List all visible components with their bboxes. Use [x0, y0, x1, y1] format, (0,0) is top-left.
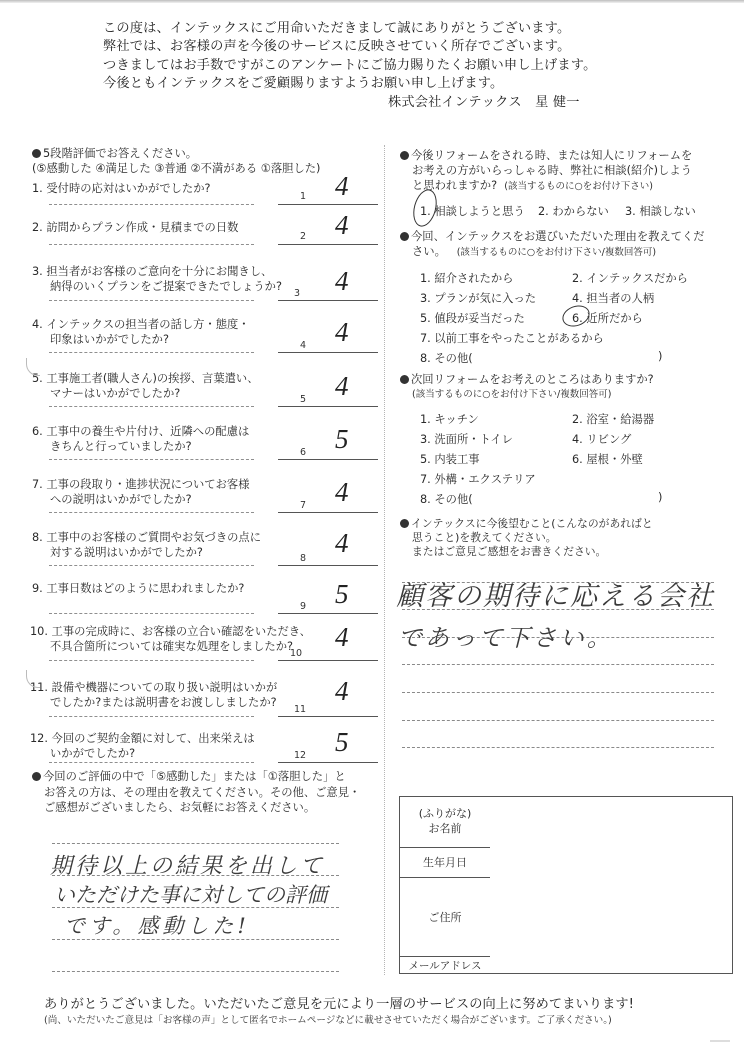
scan-artifact	[26, 670, 40, 688]
birthdate-field-label: 生年月日	[400, 848, 490, 878]
question-9: 9. 工事日数はどのように思われましたか? 9 5	[32, 581, 378, 596]
handwritten-comment: です。感動した!	[64, 910, 250, 940]
answer-line[interactable]	[278, 565, 378, 566]
answer-line[interactable]	[278, 512, 378, 513]
question-3: 3. 担当者がお客様のご意向を十分にお聞きし、 納得のいくプランをご提案できたで…	[32, 264, 378, 294]
intro-line: この度は、インテックスにご用命いただきまして誠にありがとうございます。	[103, 20, 663, 38]
answer-line[interactable]	[278, 762, 378, 763]
question-10: 10. 工事の完成時に、お客様の立合い確認をいただき、 不具合箇所については確実…	[32, 624, 378, 654]
answer-value: 4	[335, 371, 349, 402]
intro-line: つきましてはお手数ですがこのアンケートにご協力賜りたくお願い申し上げます。	[103, 57, 663, 75]
bullet-icon	[32, 149, 41, 158]
answer-value: 4	[335, 171, 349, 202]
answer-value: 5	[335, 727, 349, 758]
reform-option-6[interactable]: 6. 屋根・外壁	[572, 451, 643, 467]
answer-line[interactable]	[278, 406, 378, 407]
reform-option-1[interactable]: 1. キッチン	[420, 411, 479, 427]
answer-value: 4	[335, 317, 349, 348]
answer-line[interactable]	[278, 204, 378, 205]
question-11: 11. 設備や機器についての取り扱い説明はいかが でしたか?または説明書をお渡し…	[32, 680, 378, 710]
answer-value: 4	[335, 528, 349, 559]
reform-option-2[interactable]: 2. 浴室・給湯器	[572, 411, 654, 427]
reform-option-7[interactable]: 7. 外構・エクステリア	[420, 471, 536, 487]
question-7: 7. 工事の段取り・進捗状況についてお客様 への説明はいかがでしたか? 7 4	[32, 477, 378, 507]
bullet-icon	[400, 151, 409, 160]
answer-line[interactable]	[278, 613, 378, 614]
signature: 株式会社インテックス 星 健一	[103, 94, 663, 112]
reason-choice-section: 今回、インテックスをお選びいただいた理由を教えてくだ さい。 (該当するものに○…	[400, 229, 730, 260]
handwritten-comment: いただけた事に対しての評価	[54, 879, 327, 909]
question-8: 8. 工事中のお客様のご質問やお気づきの点に 対する説明はいかがでしたか? 8 …	[32, 530, 378, 560]
answer-value: 4	[335, 622, 349, 653]
name-field-label: (ふりがな) お名前	[400, 797, 490, 848]
reason-option-1[interactable]: 1. 紹介されたから	[420, 270, 513, 286]
reform-option-5[interactable]: 5. 内装工事	[420, 451, 480, 467]
personal-info-input-area[interactable]	[492, 799, 730, 971]
question-12: 12. 今回のご契約金額に対して、出来栄えは いかがでしたか? 12 5	[32, 731, 378, 761]
reform-option-4[interactable]: 4. リビング	[572, 431, 631, 447]
consult-option-2[interactable]: 2. わからない	[538, 203, 609, 219]
scan-artifact	[26, 358, 40, 376]
question-6: 6. 工事中の養生や片付け、近隣への配慮は きちんと行っていましたか? 6 5	[32, 424, 378, 454]
question-2: 2. 訪問からプラン作成・見積までの日数 2 4	[32, 220, 378, 235]
question-4: 4. インテックスの担当者の話し方・態度・ 印象はいかがでしたか? 4 4	[32, 317, 378, 347]
thanks-message: ありがとうございました。いただいたご意見を元により一層のサービスの向上に努めてま…	[44, 996, 724, 1014]
consult-option-3[interactable]: 3. 相談しない	[625, 203, 696, 219]
bullet-icon	[32, 772, 41, 781]
footer: ありがとうございました。いただいたご意見を元により一層のサービスの向上に努めてま…	[44, 996, 724, 1027]
intro-line: 弊社では、お客様の声を今後のサービスに反映させていく所存でございます。	[103, 38, 663, 56]
answer-value: 5	[335, 579, 349, 610]
answer-line[interactable]	[278, 716, 378, 717]
scan-artifact	[710, 1040, 730, 1042]
rating-heading: 5段階評価でお答えください。	[32, 146, 378, 161]
answer-value: 5	[335, 424, 349, 455]
handwritten-comment: であって下さい。	[398, 618, 614, 653]
answer-line[interactable]	[278, 660, 378, 661]
privacy-note: (尚、いただいたご意見は「お客様の声」として匿名でホームページなどに載せさせてい…	[44, 1014, 724, 1027]
next-reform-section: 次回リフォームをお考えのところはありますか? (該当するものに○をお付け下さい/…	[400, 372, 730, 402]
reason-option-2[interactable]: 2. インテックスだから	[572, 270, 688, 286]
answer-line[interactable]	[278, 300, 378, 301]
intro-message: この度は、インテックスにご用命いただきまして誠にありがとうございます。 弊社では…	[103, 20, 663, 112]
answer-value: 4	[335, 210, 349, 241]
answer-line[interactable]	[278, 459, 378, 460]
column-divider	[384, 145, 385, 975]
bullet-icon	[400, 375, 409, 384]
scan-top-edge	[0, 0, 744, 3]
address-field-label: ご住所	[400, 878, 490, 957]
question-5: 5. 工事施工者(職人さん)の挨拶、言葉遣い、 マナーはいかがでしたか? 5 4	[32, 371, 378, 401]
reason-option-8[interactable]: 8. その他(	[420, 350, 473, 366]
email-field-label: メールアドレス	[400, 957, 490, 975]
reform-option-3[interactable]: 3. 洗面所・トイレ	[420, 431, 513, 447]
consult-section: 今後リフォームをされる時、または知人にリフォームを お考えの方がいらっしゃる時、…	[400, 148, 730, 194]
answer-value: 4	[335, 676, 349, 707]
reason-option-4[interactable]: 4. 担当者の人柄	[572, 290, 654, 306]
bullet-icon	[400, 519, 409, 528]
bullet-icon	[400, 232, 409, 241]
intro-line: 今後ともインテックスをご愛顧賜りますようお願い申し上げます。	[103, 75, 663, 93]
answer-line[interactable]	[278, 352, 378, 353]
handwritten-comment: 期待以上の結果を出して	[50, 849, 325, 880]
reason-option-3[interactable]: 3. プランが気に入った	[420, 290, 536, 306]
reason-option-7[interactable]: 7. 以前工事をやったことがあるから	[420, 330, 604, 346]
handwritten-comment: 顧客の期待に応える会社	[396, 574, 715, 613]
answer-line[interactable]	[278, 244, 378, 245]
answer-value: 4	[335, 477, 349, 508]
rating-scale: (⑤感動した ④満足した ③普通 ②不満がある ①落胆した)	[32, 161, 378, 176]
reform-option-8[interactable]: 8. その他(	[420, 491, 473, 507]
question-1: 1. 受付時の応対はいかがでしたか? 1 4	[32, 181, 378, 196]
reason-option-5[interactable]: 5. 値段が妥当だった	[420, 310, 525, 326]
wishes-section: インテックスに今後望むこと(こんなのがあればと 思うこと)を教えてください。 ま…	[400, 517, 730, 559]
personal-info-box: (ふりがな) お名前 生年月日 ご住所 メールアドレス	[399, 796, 733, 974]
rating-section: 5段階評価でお答えください。 (⑤感動した ④満足した ③普通 ②不満がある ①…	[32, 146, 378, 176]
answer-value: 4	[335, 266, 349, 297]
reason-heading: 今回のご評価の中で「⑤感動した」または「①落胆した」と お答えの方は、その理由を…	[32, 769, 378, 816]
